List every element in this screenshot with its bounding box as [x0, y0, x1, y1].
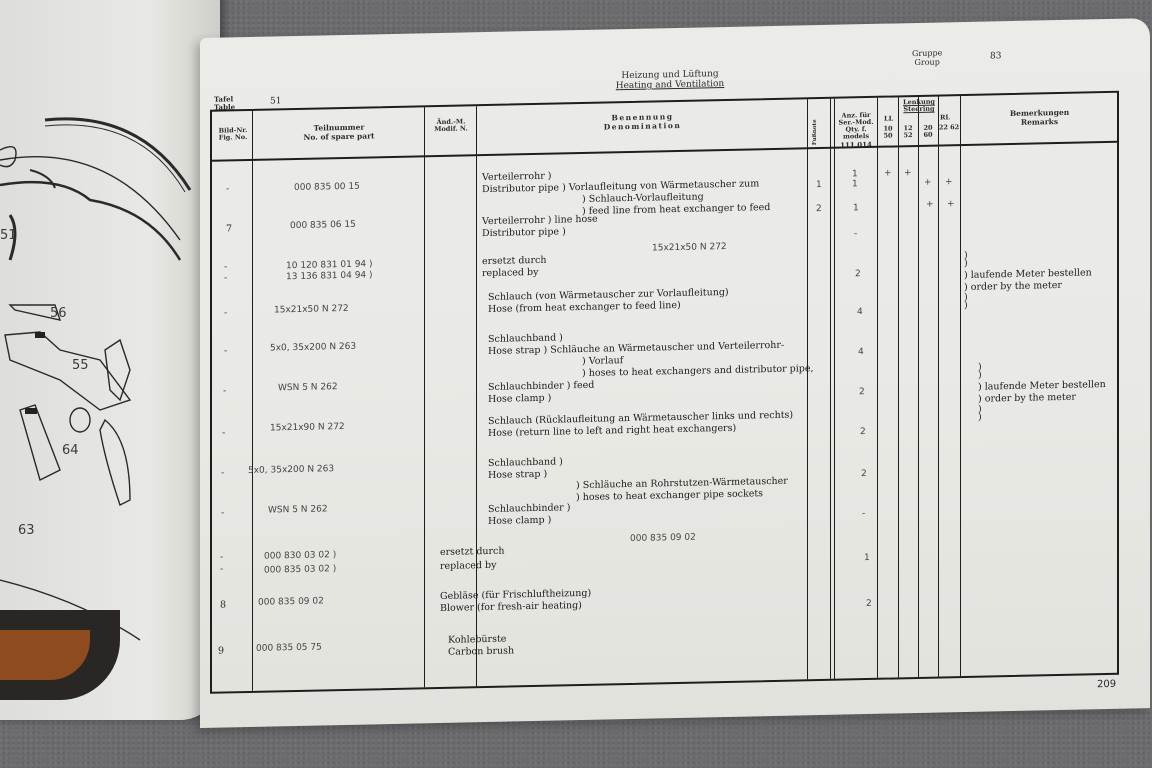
header-steering-22-62: 22 62 [938, 124, 960, 131]
description-line: ) hoses to heat exchanger pipe sockets [576, 488, 763, 504]
bracket-column: )) [978, 364, 982, 380]
col-divider [252, 111, 253, 691]
part-number: 13 136 831 04 94 ) [286, 269, 373, 283]
description-line: Hose clamp ) [488, 393, 551, 406]
quantity: 4 [857, 306, 863, 318]
replacement-part: 15x21x50 N 272 [652, 241, 727, 255]
header-footnote: Fußnote [812, 105, 818, 145]
header-part-no: Teilnummer No. of spare part [254, 121, 424, 143]
description-line: Schlauchbinder ) [488, 502, 570, 516]
description-line: replaced by [440, 560, 496, 573]
remark-en: ) order by the meter [978, 392, 1076, 406]
group-label: Gruppe Group [912, 48, 942, 67]
col-divider [898, 97, 899, 677]
description-line: replaced by [482, 267, 538, 280]
col-divider [424, 107, 425, 687]
remark-en: ) order by the meter [964, 280, 1062, 294]
section-title: Heizung und Lüftung Heating and Ventilat… [530, 67, 810, 93]
bracket-column: )) [978, 406, 982, 422]
description-line: Blower (for fresh-air heating) [440, 600, 582, 615]
part-number: 000 830 03 02 ) [264, 549, 336, 563]
part-number: WSN 5 N 262 [268, 503, 328, 516]
col-divider [830, 99, 831, 679]
header-divider [212, 141, 1117, 162]
col-divider [918, 97, 919, 677]
header-modif-en: Modif. N. [426, 125, 476, 133]
header-denomination: Benennung Denomination [478, 109, 807, 134]
description-line: Hose clamp ) [488, 515, 551, 528]
footnote-value: 2 [816, 203, 822, 215]
fig-no: - [221, 507, 224, 519]
figure-label-64: 64 [62, 443, 79, 458]
steering-mark: + [924, 177, 932, 189]
part-number: 15x21x50 N 272 [274, 303, 349, 317]
figure-label-55: 55 [72, 358, 89, 373]
header-steering-ll: LL [884, 115, 893, 122]
quantity: 1 [852, 178, 858, 190]
fig-no: 7 [226, 223, 232, 235]
col-divider [938, 97, 939, 677]
header-footnote-de: Fußnote [812, 119, 818, 145]
fig-no: - [220, 552, 223, 564]
description-line: Carbon brush [448, 645, 514, 658]
figure-label-56: 56 [50, 306, 67, 321]
col-divider [877, 98, 878, 678]
steering-mark: + [926, 199, 934, 211]
header-fig-no: Bild-Nr. Fig. No. [214, 127, 252, 142]
bracket-column: )) [964, 294, 968, 310]
fig-no: - [224, 307, 227, 319]
fig-no: - [226, 183, 229, 195]
quantity: 2 [860, 426, 866, 438]
description-line: ) feed line from heat exchanger to feed [582, 202, 770, 218]
fig-no: - [221, 467, 224, 479]
page-number: 209 [1097, 679, 1116, 690]
quantity: 2 [859, 386, 865, 398]
fig-no: 9 [218, 645, 224, 657]
steering-mark: + [945, 176, 953, 188]
header-qty-en: Qty. f. models [835, 126, 877, 141]
description-line: ersetzt durch [440, 546, 505, 559]
quantity: - [862, 508, 865, 520]
steering-mark: + [947, 198, 955, 210]
quantity: 2 [866, 598, 872, 610]
header-fig-no-en: Fig. No. [214, 134, 252, 142]
fig-no: - [222, 427, 225, 439]
description-line: Schlauchbinder ) feed [488, 380, 594, 394]
quantity: 2 [861, 468, 867, 480]
header-qty-model: 111.014 [835, 141, 877, 149]
steering-mark: + [884, 168, 892, 180]
fig-no: - [224, 345, 227, 357]
part-number: 000 835 00 15 [294, 181, 360, 194]
quantity: 1 [853, 202, 859, 214]
header-steering-10-50: 10 50 [878, 125, 898, 139]
col-divider [834, 99, 835, 679]
description-line: Distributor pipe ) [482, 226, 566, 240]
part-number: 5x0, 35x200 N 263 [270, 341, 356, 355]
figure-label-63: 63 [18, 523, 35, 538]
part-number: 000 835 06 15 [290, 219, 356, 232]
fig-no: - [220, 564, 223, 576]
part-number: 15x21x90 N 272 [270, 421, 345, 435]
header-steering: Lenkung Steering [878, 98, 960, 114]
part-number: WSN 5 N 262 [278, 381, 338, 394]
col-divider [807, 99, 808, 679]
footnote-value: 1 [816, 179, 822, 191]
part-number: 5x0, 35x200 N 263 [248, 463, 334, 477]
left-page-illustration: 51 56 55 64 63 [0, 0, 220, 720]
steering-mark: + [904, 167, 912, 179]
header-steering-rl: RL [940, 114, 950, 121]
fig-no: - [223, 385, 226, 397]
group-label-en: Group [912, 57, 942, 67]
group-number: 83 [990, 51, 1001, 61]
part-number: 000 835 09 02 [258, 595, 324, 608]
quantity: 1 [864, 552, 870, 564]
description-line: ) Vorlauf [582, 355, 623, 368]
parts-table: Bild-Nr. Fig. No. Teilnummer No. of spar… [210, 91, 1119, 694]
header-qty: Anz. für Ser.-Mod. Qty. f. models 111.01… [835, 112, 877, 149]
header-steering-12-52: 12 52 [898, 125, 918, 139]
header-remarks: Bemerkungen Remarks [962, 107, 1117, 128]
description-line: Hose strap ) [488, 469, 547, 482]
header-steering-20-60: 20 60 [918, 125, 938, 139]
replacement-part: 000 835 09 02 [630, 532, 696, 545]
catalog-page: Heizung und Lüftung Heating and Ventilat… [200, 18, 1150, 728]
quantity: 2 [855, 268, 861, 280]
table-number: 51 [270, 96, 281, 106]
header-modif: Änd.-M. Modif. N. [426, 118, 476, 133]
fig-no: - [224, 272, 227, 284]
figure-label-51: 51 [0, 228, 17, 243]
col-divider [960, 96, 961, 676]
description-line: Schlauchband ) [488, 456, 563, 470]
part-number: 000 835 03 02 ) [264, 563, 336, 577]
quantity: - [854, 228, 857, 240]
bracket-column: )) [964, 252, 968, 268]
quantity: 4 [858, 346, 864, 358]
header-remarks-en: Remarks [962, 116, 1117, 128]
part-number: 000 835 05 75 [256, 641, 322, 654]
fig-no: 8 [220, 599, 226, 611]
